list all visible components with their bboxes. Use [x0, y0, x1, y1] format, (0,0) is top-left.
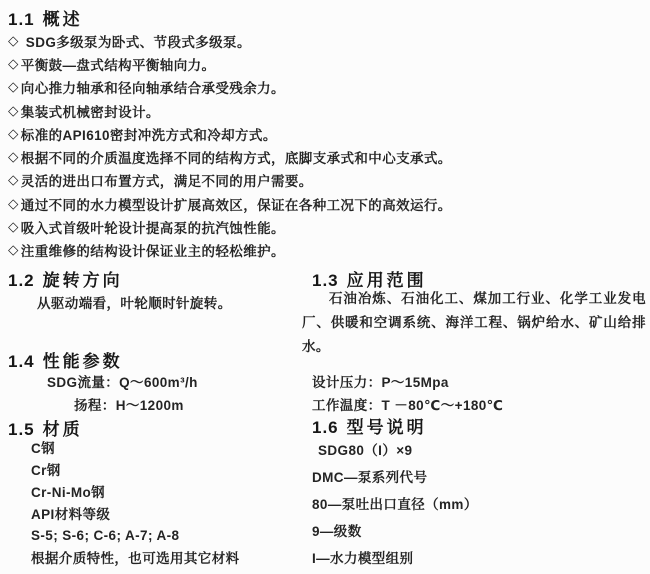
list-item: ◇通过不同的水力模型设计扩展高效区，保证在各种工况下的高效运行。	[8, 192, 452, 215]
section-title-rotation: 1.2旋转方向	[8, 266, 123, 291]
rotation-body: 从驱动端看，叶轮顺时针旋转。	[37, 292, 232, 312]
document-page: 1.1概述 ◇SDG多级泵为卧式、节段式多级泵。 ◇平衡鼓—盘式结构平衡轴向力。…	[0, 0, 650, 574]
application-body: 石油冶炼、石油化工、煤加工行业、化学工业发电厂、供暖和空调系统、海洋工程、锅炉给…	[302, 287, 646, 359]
bullet-text: 根据不同的介质温度选择不同的结构方式，底脚支承式和中心支承式。	[21, 147, 452, 167]
list-item: ◇注重维修的结构设计保证业主的轻松维护。	[8, 239, 452, 262]
diamond-bullet-icon: ◇	[8, 149, 19, 165]
list-item: ◇平衡鼓—盘式结构平衡轴向力。	[8, 52, 452, 75]
model-list: SDG80（I）×9 DMC—泵系列代号 80—泵吐出口直径（mm） 9—级数 …	[312, 436, 478, 570]
list-item: ◇根据不同的介质温度选择不同的结构方式，底脚支承式和中心支承式。	[8, 145, 452, 168]
diamond-bullet-icon: ◇	[8, 79, 19, 95]
bullet-text: 通过不同的水力模型设计扩展高效区，保证在各种工况下的高效运行。	[21, 194, 452, 214]
list-item: ◇标准的API610密封冲洗方式和冷却方式。	[8, 122, 452, 145]
diamond-bullet-icon: ◇	[8, 172, 19, 188]
list-item: ◇集装式机械密封设计。	[8, 99, 452, 122]
list-item: API材料等级	[31, 502, 240, 524]
bullet-text: 向心推力轴承和径向轴承结合承受残余力。	[21, 77, 285, 97]
section-title-text: 性能参数	[43, 352, 123, 371]
section-title-text: 概述	[43, 10, 83, 29]
bullet-text: 吸入式首级叶轮设计提高泵的抗汽蚀性能。	[21, 217, 285, 237]
performance-pressure: 设计压力：P～15Mpa	[312, 371, 449, 391]
section-title-text: 旋转方向	[43, 271, 123, 290]
list-item: S-5; S-6; C-6; A-7; A-8	[31, 524, 240, 546]
bullet-text: SDG多级泵为卧式、节段式多级泵。	[26, 31, 251, 51]
list-item: Cr-Ni-Mo钢	[31, 480, 240, 502]
section-title-overview: 1.1概述	[8, 5, 83, 30]
list-item: 9—级数	[312, 516, 478, 543]
bullet-text: 平衡鼓—盘式结构平衡轴向力。	[21, 54, 216, 74]
diamond-bullet-icon: ◇	[8, 219, 19, 235]
section-number: 1.1	[8, 10, 35, 29]
diamond-bullet-icon: ◇	[8, 242, 19, 258]
diamond-bullet-icon: ◇	[8, 56, 19, 72]
material-list: C钢 Cr钢 Cr-Ni-Mo钢 API材料等级 S-5; S-6; C-6; …	[31, 436, 240, 568]
list-item: 80—泵吐出口直径（mm）	[312, 490, 478, 517]
section-number: 1.2	[8, 271, 35, 290]
list-item: DMC—泵系列代号	[312, 463, 478, 490]
diamond-bullet-icon: ◇	[8, 196, 19, 212]
diamond-bullet-icon: ◇	[8, 126, 19, 142]
section-title-performance: 1.4性能参数	[8, 347, 123, 372]
list-item: SDG80（I）×9	[312, 436, 478, 463]
section-number: 1.4	[8, 352, 35, 371]
bullet-text: 标准的API610密封冲洗方式和冷却方式。	[21, 124, 277, 144]
section-title-model: 1.6型号说明	[312, 413, 427, 438]
list-item: ◇向心推力轴承和径向轴承结合承受残余力。	[8, 76, 452, 99]
diamond-bullet-icon: ◇	[8, 103, 19, 119]
list-item: 根据介质特性，也可选用其它材料	[31, 546, 240, 568]
section-number: 1.6	[312, 418, 339, 437]
list-item: Cr钢	[31, 458, 240, 480]
performance-head: 扬程：H～1200m	[74, 394, 184, 414]
list-item: C钢	[31, 436, 240, 458]
bullet-text: 注重维修的结构设计保证业主的轻松维护。	[21, 240, 285, 260]
bullet-text: 集装式机械密封设计。	[21, 101, 160, 121]
diamond-bullet-icon: ◇	[8, 33, 19, 49]
section-title-text: 型号说明	[347, 418, 427, 437]
performance-temperature: 工作温度：T －80℃～+180℃	[312, 394, 503, 414]
list-item: I—水力模型组别	[312, 543, 478, 570]
bullet-text: 灵活的进出口布置方式，满足不同的用户需要。	[21, 170, 313, 190]
list-item: ◇吸入式首级叶轮设计提高泵的抗汽蚀性能。	[8, 215, 452, 238]
list-item: ◇SDG多级泵为卧式、节段式多级泵。	[8, 29, 452, 52]
list-item: ◇灵活的进出口布置方式，满足不同的用户需要。	[8, 169, 452, 192]
performance-flow: SDG流量：Q～600m³/h	[47, 371, 198, 391]
overview-bullet-list: ◇SDG多级泵为卧式、节段式多级泵。 ◇平衡鼓—盘式结构平衡轴向力。 ◇向心推力…	[8, 29, 452, 262]
